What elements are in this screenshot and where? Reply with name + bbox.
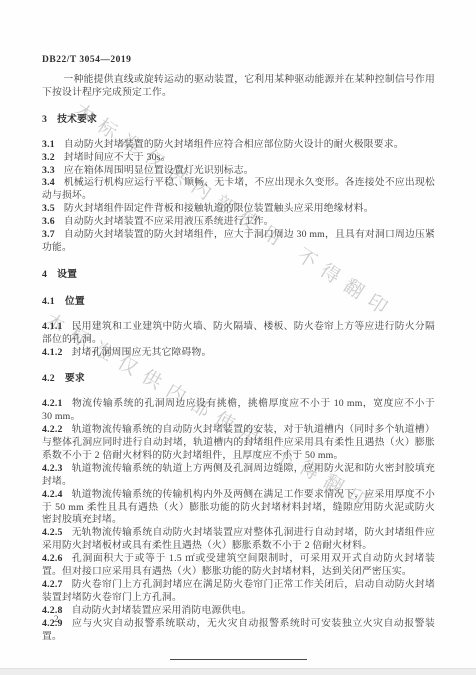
clause-text: 轨道物流传输系统的自动防火封堵装置的安装，对于轨道槽内（同时多个轨道槽）与整体孔… — [42, 424, 435, 461]
clause-number: 3.6 — [42, 216, 55, 227]
clause-3-7: 3.7自动防火封堵装置的防火封堵组件，应大于洞口周边 30 mm，且具有对洞口周… — [42, 229, 435, 255]
clause-text: 自动防火封堵装置应采用消防电源供电。 — [72, 605, 252, 616]
clause-number: 3.4 — [42, 177, 55, 188]
clause-number: 4.2.5 — [42, 527, 63, 538]
clause-text: 自动防火封堵装置的防火封堵组件应符合相应部位防火设计的耐火极限要求。 — [64, 139, 404, 150]
clause-4-2-8: 4.2.8自动防火封堵装置应采用消防电源供电。 — [42, 605, 435, 618]
clause-text: 无轨物流传输系统自动防火封堵装置应对整体孔洞进行自动封堵，防火封堵组件应采用防火… — [42, 527, 435, 551]
clause-number: 4.2.1 — [42, 398, 63, 409]
clause-text: 防火封堵组件固定件背板和接触轨道的限位装置触头应采用绝缘材料。 — [64, 203, 374, 214]
clause-4-2-9: 4.2.9应与火灾自动报警系统联动，无火灾自动报警系统时可安装独立火灾自动报警装… — [42, 618, 435, 644]
clause-text: 自动防火封堵装置不应采用液压系统进行工作。 — [64, 216, 274, 227]
section-title: 技术要求 — [57, 114, 97, 125]
section-number: 4.1 — [42, 296, 55, 307]
clause-4-1-1: 4.1.1民用建筑和工业建筑中防火墙、防火隔墙、楼板、防火卷帘上方等应进行防火分… — [42, 321, 435, 347]
clause-number: 4.1.2 — [42, 347, 63, 358]
clause-text: 防火卷帘门上方孔洞封堵应在满足防火卷帘门正常工作关闭后，启动自动防火封堵装置封堵… — [42, 579, 435, 603]
section-heading-4: 4设置 — [42, 269, 435, 282]
clause-4-2-4: 4.2.4轨道物流传输系统的传输机构内外及两侧在满足工作要求情况下，应采用厚度不… — [42, 489, 435, 528]
document-page: 本标准仅供内部使用 不得翻印 本标准仅供内部使用 不得翻印 DB22/T 305… — [0, 0, 476, 675]
clause-number: 4.2.6 — [42, 553, 63, 564]
clause-3-4: 3.4机械运行机构应运行平稳、顺畅、无卡堵，不应出现永久变形。各连接处不应出现松… — [42, 177, 435, 203]
clause-4-2-6: 4.2.6孔洞面积大于或等于 1.5 ㎡或受建筑空间限制时，可采用双开式自动防火… — [42, 553, 435, 579]
section-title: 要求 — [65, 373, 85, 384]
section-heading-4-2: 4.2要求 — [42, 373, 435, 386]
clause-3-3: 3.3应在箱体周围明显位置设置灯光识别标志。 — [42, 165, 435, 178]
clause-number: 3.7 — [42, 229, 55, 240]
clause-number: 3.5 — [42, 203, 55, 214]
section-heading-3: 3技术要求 — [42, 114, 435, 127]
clause-4-1-2: 4.1.2封堵孔洞周围应无其它障碍物。 — [42, 347, 435, 360]
intro-paragraph: 一种能提供直线或旋转运动的驱动装置，它利用某种驱动能源并在某种控制信号作用下按设… — [42, 74, 435, 100]
clause-number: 4.1.1 — [42, 321, 63, 332]
clause-3-1: 3.1自动防火封堵装置的防火封堵组件应符合相应部位防火设计的耐火极限要求。 — [42, 139, 435, 152]
clause-text: 机械运行机构应运行平稳、顺畅、无卡堵，不应出现永久变形。各连接处不应出现松动与损… — [42, 177, 435, 201]
clause-3-5: 3.5防火封堵组件固定件背板和接触轨道的限位装置触头应采用绝缘材料。 — [42, 203, 435, 216]
clause-text: 轨道物流传输系统的传输机构内外及两侧在满足工作要求情况下，应采用厚度不小于 50… — [42, 489, 435, 526]
clause-text: 民用建筑和工业建筑中防火墙、防火隔墙、楼板、防火卷帘上方等应进行防火分隔部位的孔… — [42, 321, 435, 345]
section-number: 4 — [42, 269, 47, 280]
section-number: 3 — [42, 114, 47, 125]
clause-4-2-7: 4.2.7防火卷帘门上方孔洞封堵应在满足防火卷帘门正常工作关闭后，启动自动防火封… — [42, 579, 435, 605]
clause-3-2: 3.2封堵时间应不大于 30s。 — [42, 152, 435, 165]
clause-number: 3.2 — [42, 152, 55, 163]
clause-text: 封堵孔洞周围应无其它障碍物。 — [72, 347, 212, 358]
clause-4-2-2: 4.2.2轨道物流传输系统的自动防火封堵装置的安装，对于轨道槽内（同时多个轨道槽… — [42, 424, 435, 463]
section-heading-4-1: 4.1位置 — [42, 296, 435, 309]
page-bottom-edge — [0, 668, 476, 675]
end-of-document-rule — [170, 659, 307, 660]
clause-number: 3.3 — [42, 165, 55, 176]
clause-text: 物流传输系统的孔洞周边应设有挑檐，挑檐厚度应不小于 10 mm，宽度应不小于 3… — [42, 398, 435, 422]
page-number: 2 — [54, 614, 59, 624]
clause-text: 自动防火封堵装置的防火封堵组件，应大于洞口周边 30 mm，且具有对洞口周边压紧… — [42, 229, 435, 253]
section-number: 4.2 — [42, 373, 55, 384]
clause-text: 应在箱体周围明显位置设置灯光识别标志。 — [64, 165, 254, 176]
clause-3-6: 3.6自动防火封堵装置不应采用液压系统进行工作。 — [42, 216, 435, 229]
clause-text: 轨道物流传输系统的轨道上方两侧及孔洞周边缝隙，应用防火泥和防火密封胶填充封堵。 — [42, 463, 435, 487]
clause-text: 孔洞面积大于或等于 1.5 ㎡或受建筑空间限制时，可采用双开式自动防火封堵装置。… — [42, 553, 435, 577]
document-code-header: DB22/T 3054—2019 — [42, 55, 131, 65]
clause-number: 4.2.7 — [42, 579, 63, 590]
section-title: 设置 — [57, 269, 77, 280]
clause-number: 4.2.2 — [42, 424, 63, 435]
clause-number: 4.2.9 — [42, 618, 63, 629]
clause-number: 4.2.8 — [42, 605, 63, 616]
clause-number: 3.1 — [42, 139, 55, 150]
clause-text: 封堵时间应不大于 30s。 — [64, 152, 171, 163]
document-body: 一种能提供直线或旋转运动的驱动装置，它利用某种驱动能源并在某种控制信号作用下按设… — [42, 74, 435, 660]
clause-4-2-1: 4.2.1物流传输系统的孔洞周边应设有挑檐，挑檐厚度应不小于 10 mm，宽度应… — [42, 398, 435, 424]
clause-number: 4.2.3 — [42, 463, 63, 474]
clause-number: 4.2.4 — [42, 489, 63, 500]
clause-4-2-5: 4.2.5无轨物流传输系统自动防火封堵装置应对整体孔洞进行自动封堵，防火封堵组件… — [42, 527, 435, 553]
section-title: 位置 — [65, 296, 85, 307]
clause-4-2-3: 4.2.3轨道物流传输系统的轨道上方两侧及孔洞周边缝隙，应用防火泥和防火密封胶填… — [42, 463, 435, 489]
clause-text: 应与火灾自动报警系统联动，无火灾自动报警系统时可安装独立火灾自动报警装置。 — [42, 618, 435, 642]
